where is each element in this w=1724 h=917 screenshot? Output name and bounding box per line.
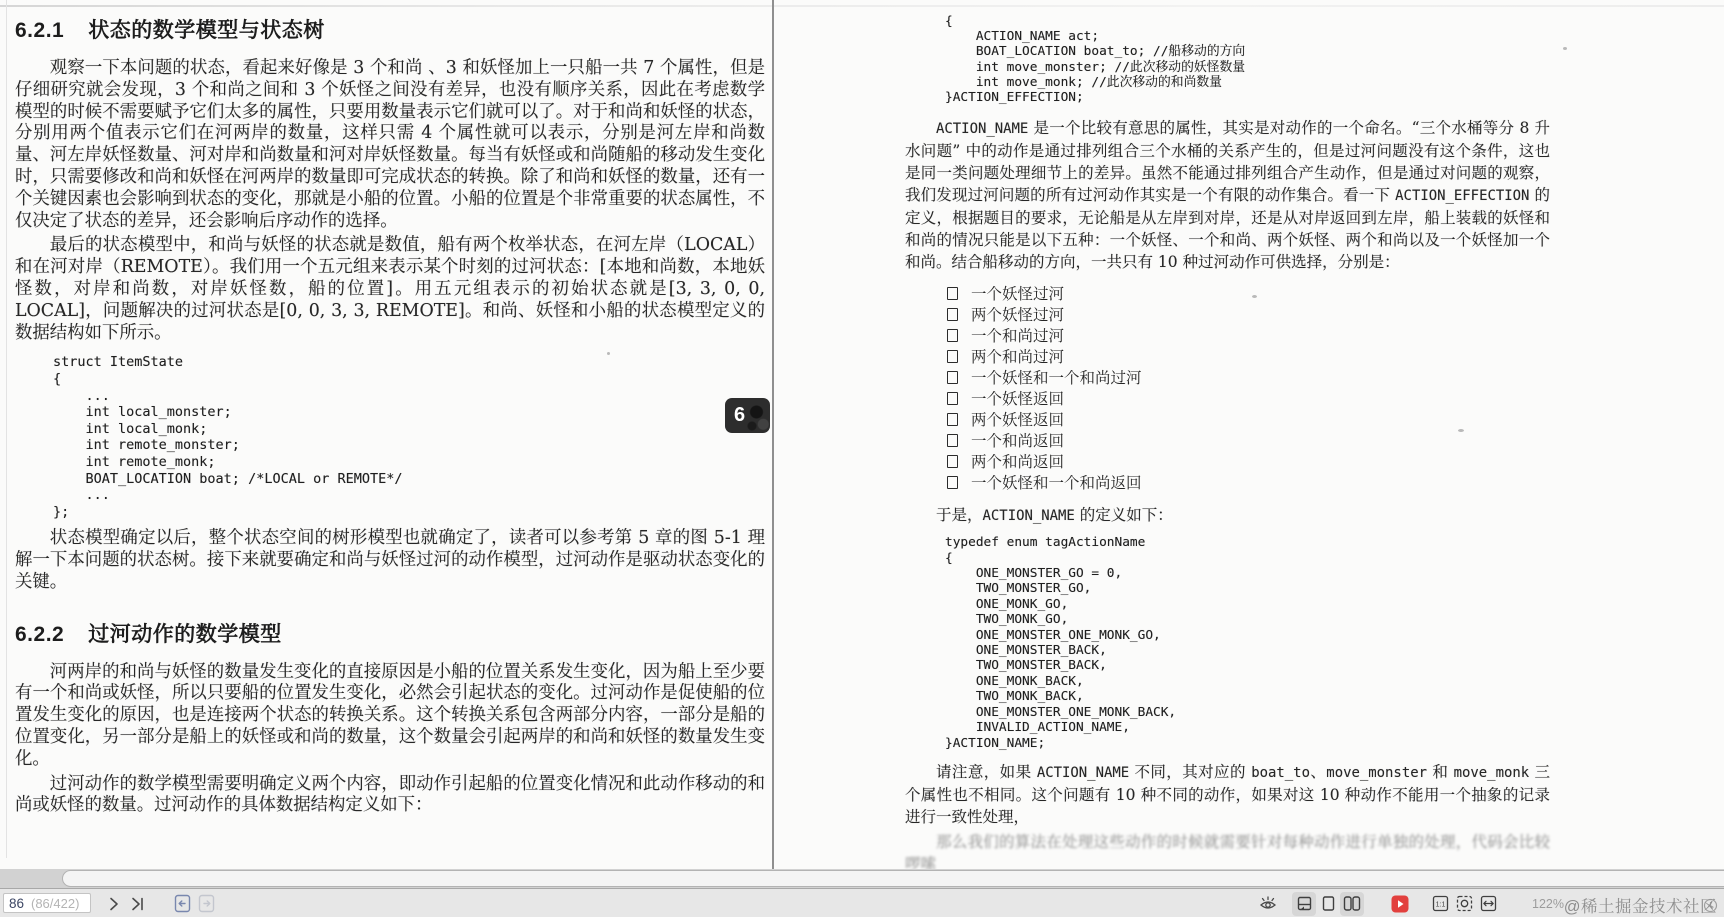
list-item-label: 两个和尚过河 — [971, 348, 1064, 366]
list-item: 一个妖怪和一个和尚过河 — [947, 368, 1550, 389]
square-bullet-icon — [947, 476, 958, 489]
paragraph: 河两岸的和尚与妖怪的数量发生变化的直接原因是小船的位置关系发生变化，因为船上至少… — [15, 662, 765, 771]
bullet-list: 一个妖怪过河两个妖怪过河一个和尚过河两个和尚过河一个妖怪和一个和尚过河一个妖怪返… — [947, 284, 1550, 494]
code-line: int remote_monster; — [53, 437, 765, 454]
code-token: ACTION_EFFECTION — [1395, 188, 1529, 204]
code-line: { — [945, 551, 1550, 566]
list-item-label: 两个妖怪返回 — [971, 411, 1064, 429]
scan-top-edge — [0, 5, 1724, 7]
paragraph: 请注意，如果 ACTION_NAME 不同，其对应的 boat_to、move_… — [905, 761, 1550, 828]
list-item: 一个和尚过河 — [947, 326, 1550, 347]
text-segment: 的定义如下： — [1075, 506, 1173, 524]
scan-speck — [1252, 295, 1257, 298]
history-forward-icon[interactable] — [194, 892, 218, 916]
list-item-label: 一个和尚过河 — [971, 327, 1064, 345]
scroll-view-icon[interactable] — [1292, 892, 1316, 916]
list-item: 一个妖怪和一个和尚返回 — [947, 473, 1550, 494]
code-line: BOAT_LOCATION boat_to; //船移动的方向 — [945, 44, 1550, 59]
list-item-label: 一个妖怪和一个和尚过河 — [971, 369, 1142, 387]
paragraph: 最后的状态模型中，和尚与妖怪的状态就是数值，船有两个枚举状态，在河左岸（LOCA… — [15, 235, 765, 344]
paragraph: 于是，ACTION_NAME 的定义如下： — [905, 504, 1550, 527]
code-token: ACTION_NAME — [1037, 765, 1129, 781]
actual-size-icon[interactable]: 1:1 — [1428, 892, 1452, 916]
code-line: TWO_MONK_GO, — [945, 612, 1550, 627]
code-line: typedef enum tagActionName — [945, 535, 1550, 550]
page-number-box[interactable]: (86/422) — [3, 893, 91, 913]
code-token: move_monk — [1454, 765, 1530, 781]
code-block-itemstate: struct ItemState{ ... int local_monster;… — [53, 354, 765, 520]
paragraph: 观察一下本问题的状态，看起来好像是 3 个和尚 、3 和妖怪加上一只船一共 7 … — [15, 58, 765, 232]
code-line: int local_monster; — [53, 404, 765, 421]
document-canvas: 6.2.1状态的数学模型与状态树 观察一下本问题的状态，看起来好像是 3 个和尚… — [0, 0, 1724, 869]
scan-speck — [607, 352, 610, 355]
scan-speck — [1458, 429, 1464, 432]
horizontal-scrollbar-track[interactable] — [0, 869, 1724, 888]
code-token: boat_to — [1251, 765, 1310, 781]
code-line: int remote_monk; — [53, 454, 765, 471]
code-token: move_monster — [1326, 765, 1427, 781]
history-back-icon[interactable] — [170, 892, 194, 916]
code-line: { — [53, 371, 765, 388]
two-page-view-icon[interactable] — [1340, 892, 1364, 916]
code-line: ONE_MONK_BACK, — [945, 674, 1550, 689]
square-bullet-icon — [947, 350, 958, 363]
list-item-label: 一个妖怪返回 — [971, 390, 1064, 408]
list-item-label: 两个妖怪过河 — [971, 306, 1064, 324]
list-item: 一个妖怪返回 — [947, 389, 1550, 410]
code-line: ONE_MONK_GO, — [945, 597, 1550, 612]
code-line: }ACTION_EFFECTION; — [945, 90, 1550, 105]
square-bullet-icon — [947, 371, 958, 384]
list-item: 一个妖怪过河 — [947, 284, 1550, 305]
scan-speck — [1563, 47, 1567, 50]
code-line: struct ItemState — [53, 354, 765, 371]
fit-page-icon[interactable] — [1452, 892, 1476, 916]
page-total-label: (86/422) — [31, 896, 79, 911]
square-bullet-icon — [947, 287, 958, 300]
list-item: 一个和尚返回 — [947, 431, 1550, 452]
code-line: }ACTION_NAME; — [945, 736, 1550, 751]
code-line: INVALID_ACTION_NAME, — [945, 720, 1550, 735]
section-number: 6.2.1 — [15, 19, 64, 42]
svg-text:1:1: 1:1 — [1435, 902, 1445, 909]
eye-protection-icon[interactable] — [1256, 892, 1280, 916]
zoom-level-label: 122% — [1532, 897, 1564, 911]
video-play-icon[interactable] — [1388, 892, 1412, 916]
text-segment: 请注意，如果 — [936, 763, 1037, 781]
text-segment: 和 — [1427, 763, 1454, 781]
scan-left-edge — [6, 0, 7, 858]
page-left: 6.2.1状态的数学模型与状态树 观察一下本问题的状态，看起来好像是 3 个和尚… — [15, 8, 765, 817]
square-bullet-icon — [947, 413, 958, 426]
code-line: BOAT_LOCATION boat; /*LOCAL or REMOTE*/ — [53, 471, 765, 488]
code-line: int move_monk; //此次移动的和尚数量 — [945, 75, 1550, 90]
paragraph-cut-off: 那么我们的算法在处理这些动作的时候就需要针对每种动作进行单独的处理，代码会比较啰… — [905, 831, 1550, 869]
code-line: ONE_MONSTER_ONE_MONK_GO, — [945, 628, 1550, 643]
last-page-icon[interactable] — [126, 892, 150, 916]
next-page-icon[interactable] — [102, 892, 126, 916]
code-line: ... — [53, 388, 765, 405]
section-title: 状态的数学模型与状态树 — [88, 19, 325, 42]
code-line: ONE_MONSTER_GO = 0, — [945, 566, 1550, 581]
clock-icon — [1703, 898, 1718, 913]
square-bullet-icon — [947, 329, 958, 342]
list-item: 两个和尚过河 — [947, 347, 1550, 368]
square-bullet-icon — [947, 392, 958, 405]
section-number: 6.2.2 — [15, 623, 64, 646]
text-segment: 、 — [1310, 763, 1326, 781]
list-item: 两个和尚返回 — [947, 452, 1550, 473]
watermark-text: @稀土掘金技术社区 — [1564, 893, 1717, 917]
code-line: }; — [53, 504, 765, 521]
code-line: int local_monk; — [53, 421, 765, 438]
horizontal-scrollbar-thumb[interactable] — [62, 870, 1724, 887]
section-heading-622: 6.2.2过河动作的数学模型 — [15, 622, 765, 648]
list-item-label: 一个妖怪过河 — [971, 285, 1064, 303]
paragraph: ACTION_NAME 是一个比较有意思的属性，其实是对动作的一个命名。“三个水… — [905, 117, 1550, 273]
code-line: { — [945, 14, 1550, 29]
paragraph: 状态模型确定以后，整个状态空间的树形模型也就确定了，读者可以参考第 5 章的图 … — [15, 528, 765, 593]
code-line: int move_monster; //此次移动的妖怪数量 — [945, 60, 1550, 75]
square-bullet-icon — [947, 434, 958, 447]
page-number-input[interactable] — [9, 896, 31, 911]
code-line: TWO_MONSTER_BACK, — [945, 658, 1550, 673]
text-segment: 不同，其对应的 — [1129, 763, 1251, 781]
code-line: ONE_MONSTER_ONE_MONK_BACK, — [945, 705, 1550, 720]
code-line: TWO_MONSTER_GO, — [945, 581, 1550, 596]
code-block-action-effection: { ACTION_NAME act; BOAT_LOCATION boat_to… — [945, 14, 1550, 105]
code-token: ACTION_NAME — [936, 121, 1028, 137]
single-page-icon[interactable] — [1316, 892, 1340, 916]
code-block-action-name-enum: typedef enum tagActionName{ ONE_MONSTER_… — [945, 535, 1550, 751]
section-title: 过河动作的数学模型 — [88, 623, 282, 646]
page-divider — [772, 0, 774, 869]
code-line: TWO_MONK_BACK, — [945, 689, 1550, 704]
paragraph: 过河动作的数学模型需要明确定义两个内容，即动作引起船的位置变化情况和此动作移动的… — [15, 774, 765, 818]
square-bullet-icon — [947, 308, 958, 321]
text-segment: 于是， — [936, 506, 983, 524]
section-heading-621: 6.2.1状态的数学模型与状态树 — [15, 18, 765, 44]
code-token: ACTION_NAME — [983, 508, 1075, 524]
list-item-label: 一个和尚返回 — [971, 432, 1064, 450]
chapter-tab-badge: 6 — [725, 398, 770, 433]
code-line: ONE_MONSTER_BACK, — [945, 643, 1550, 658]
reader-toolbar: (86/422) — [0, 888, 1724, 917]
list-item-label: 两个和尚返回 — [971, 453, 1064, 471]
list-item: 两个妖怪过河 — [947, 305, 1550, 326]
code-line: ACTION_NAME act; — [945, 29, 1550, 44]
fit-width-icon[interactable] — [1476, 892, 1500, 916]
list-item-label: 一个妖怪和一个和尚返回 — [971, 474, 1142, 492]
page-right: { ACTION_NAME act; BOAT_LOCATION boat_to… — [905, 10, 1550, 869]
code-line: ... — [53, 487, 765, 504]
square-bullet-icon — [947, 455, 958, 468]
watermark: @稀土掘金技术社区 — [1564, 893, 1718, 917]
